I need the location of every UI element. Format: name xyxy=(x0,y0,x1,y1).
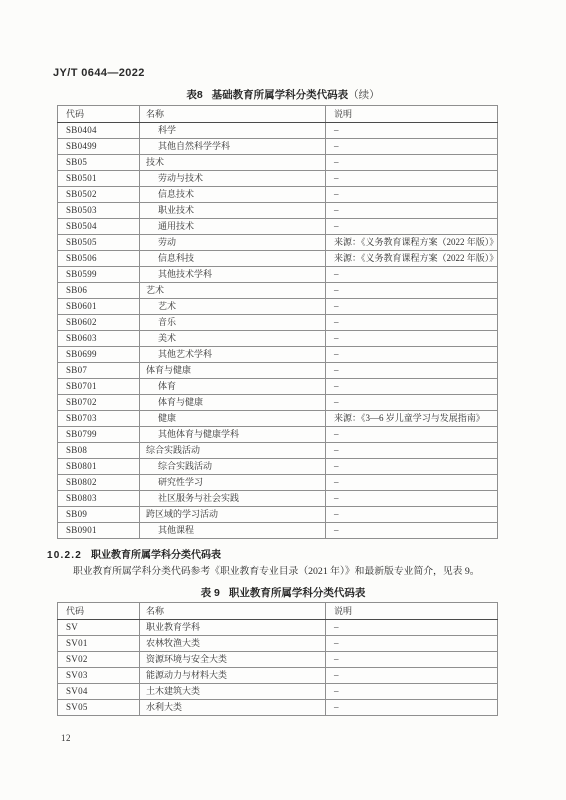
table-row: SB06艺术– xyxy=(58,283,498,299)
table-row: SB0404科学– xyxy=(58,123,498,139)
name-cell: 通用技术 xyxy=(140,219,326,235)
name-cell: 技术 xyxy=(140,155,326,171)
name-cell: 综合实践活动 xyxy=(140,443,326,459)
note-cell: – xyxy=(326,219,498,235)
name-cell: 其他技术学科 xyxy=(140,267,326,283)
code-cell: SB0799 xyxy=(58,427,140,443)
name-cell: 信息技术 xyxy=(140,187,326,203)
table8-col-header-name: 名称 xyxy=(140,106,326,123)
name-cell: 艺术 xyxy=(140,299,326,315)
note-cell: – xyxy=(326,395,498,411)
table-row: SB0505劳动来源：《义务教育课程方案（2022 年版）》 xyxy=(58,235,498,251)
table-row: SB0802研究性学习– xyxy=(58,475,498,491)
note-cell: – xyxy=(326,491,498,507)
name-cell: 艺术 xyxy=(140,283,326,299)
code-cell: SB0703 xyxy=(58,411,140,427)
name-cell: 职业技术 xyxy=(140,203,326,219)
note-cell: – xyxy=(326,267,498,283)
code-cell: SB0701 xyxy=(58,379,140,395)
name-cell: 其他自然科学学科 xyxy=(140,139,326,155)
table9-title-label: 表 9 xyxy=(201,587,220,599)
code-cell: SV02 xyxy=(58,652,140,668)
note-cell: – xyxy=(326,427,498,443)
note-cell: – xyxy=(326,123,498,139)
table8-header-row: 代码 名称 说明 xyxy=(58,106,498,123)
document-page: JY/T 0644—2022 表8基础教育所属学科分类代码表（续） 代码 名称 … xyxy=(0,0,566,800)
table-row: SB0506信息科技来源：《义务教育课程方案（2022 年版）》 xyxy=(58,251,498,267)
name-cell: 其他体育与健康学科 xyxy=(140,427,326,443)
table-row: SB0799其他体育与健康学科– xyxy=(58,427,498,443)
note-cell: – xyxy=(326,299,498,315)
name-cell: 音乐 xyxy=(140,315,326,331)
standard-doc-code: JY/T 0644—2022 xyxy=(53,67,145,79)
table-row: SV03能源动力与材料大类– xyxy=(58,668,498,684)
name-cell: 科学 xyxy=(140,123,326,139)
table-row: SB0504通用技术– xyxy=(58,219,498,235)
table9-title: 表 9职业教育所属学科分类代码表 xyxy=(0,585,566,600)
note-cell: – xyxy=(326,668,498,684)
table-row: SB0701体育– xyxy=(58,379,498,395)
table-row: SB0699其他艺术学科– xyxy=(58,347,498,363)
code-cell: SB0499 xyxy=(58,139,140,155)
note-cell: – xyxy=(326,700,498,716)
code-cell: SB05 xyxy=(58,155,140,171)
code-cell: SB0603 xyxy=(58,331,140,347)
table-row: SV05水利大类– xyxy=(58,700,498,716)
name-cell: 其他课程 xyxy=(140,523,326,539)
table-row: SB0599其他技术学科– xyxy=(58,267,498,283)
table-row: SB0703健康来源：《3—6 岁儿童学习与发展指南》 xyxy=(58,411,498,427)
note-cell: – xyxy=(326,684,498,700)
table-row: SB09跨区域的学习活动– xyxy=(58,507,498,523)
table8-body: SB0404科学–SB0499其他自然科学学科–SB05技术–SB0501劳动与… xyxy=(58,123,498,539)
code-cell: SB08 xyxy=(58,443,140,459)
name-cell: 体育 xyxy=(140,379,326,395)
name-cell: 体育与健康 xyxy=(140,363,326,379)
code-cell: SB0802 xyxy=(58,475,140,491)
note-cell: – xyxy=(326,203,498,219)
note-cell: 来源：《义务教育课程方案（2022 年版）》 xyxy=(326,251,498,267)
code-cell: SV01 xyxy=(58,636,140,652)
note-cell: – xyxy=(326,283,498,299)
table8-title-text: 基础教育所属学科分类代码表 xyxy=(212,89,349,101)
code-cell: SB0699 xyxy=(58,347,140,363)
table9-col-header-note: 说明 xyxy=(326,603,498,620)
table-row: SB0503职业技术– xyxy=(58,203,498,219)
table8-title-suffix: （续） xyxy=(348,89,380,101)
table-row: SB0499其他自然科学学科– xyxy=(58,139,498,155)
code-cell: SB0602 xyxy=(58,315,140,331)
code-cell: SB0601 xyxy=(58,299,140,315)
code-cell: SB07 xyxy=(58,363,140,379)
code-cell: SB0901 xyxy=(58,523,140,539)
table8-title-label: 表8 xyxy=(186,89,202,101)
note-cell: – xyxy=(326,187,498,203)
name-cell: 社区服务与社会实践 xyxy=(140,491,326,507)
table-row: SB0602音乐– xyxy=(58,315,498,331)
code-cell: SV04 xyxy=(58,684,140,700)
table-row: SB05技术– xyxy=(58,155,498,171)
code-cell: SB0502 xyxy=(58,187,140,203)
section-heading-10-2-2: 10.2.2职业教育所属学科分类代码表 xyxy=(47,546,221,561)
name-cell: 研究性学习 xyxy=(140,475,326,491)
note-cell: – xyxy=(326,620,498,636)
code-cell: SB0503 xyxy=(58,203,140,219)
note-cell: 来源：《义务教育课程方案（2022 年版）》 xyxy=(326,235,498,251)
name-cell: 跨区域的学习活动 xyxy=(140,507,326,523)
note-cell: – xyxy=(326,139,498,155)
name-cell: 土木建筑大类 xyxy=(140,684,326,700)
code-cell: SB0599 xyxy=(58,267,140,283)
code-cell: SB0801 xyxy=(58,459,140,475)
note-cell: – xyxy=(326,331,498,347)
body-paragraph: 职业教育所属学科分类代码参考《职业教育专业目录（2021 年）》和最新版专业简介… xyxy=(53,565,499,579)
code-cell: SB09 xyxy=(58,507,140,523)
code-cell: SB0506 xyxy=(58,251,140,267)
note-cell: – xyxy=(326,171,498,187)
name-cell: 信息科技 xyxy=(140,251,326,267)
table-row: SB0803社区服务与社会实践– xyxy=(58,491,498,507)
table9-body: SV职业教育学科–SV01农林牧渔大类–SV02资源环境与安全大类–SV03能源… xyxy=(58,620,498,716)
name-cell: 职业教育学科 xyxy=(140,620,326,636)
name-cell: 美术 xyxy=(140,331,326,347)
name-cell: 资源环境与安全大类 xyxy=(140,652,326,668)
code-cell: SV03 xyxy=(58,668,140,684)
note-cell: – xyxy=(326,315,498,331)
code-cell: SB0803 xyxy=(58,491,140,507)
code-cell: SV05 xyxy=(58,700,140,716)
table-row: SB0801综合实践活动– xyxy=(58,459,498,475)
name-cell: 能源动力与材料大类 xyxy=(140,668,326,684)
note-cell: – xyxy=(326,379,498,395)
table-row: SV02资源环境与安全大类– xyxy=(58,652,498,668)
table-row: SB0603美术– xyxy=(58,331,498,347)
table-row: SV04土木建筑大类– xyxy=(58,684,498,700)
table-row: SV职业教育学科– xyxy=(58,620,498,636)
code-cell: SB0505 xyxy=(58,235,140,251)
page-number: 12 xyxy=(61,733,71,743)
table-row: SB0502信息技术– xyxy=(58,187,498,203)
note-cell: 来源：《3—6 岁儿童学习与发展指南》 xyxy=(326,411,498,427)
table9-header-row: 代码 名称 说明 xyxy=(58,603,498,620)
table8-title: 表8基础教育所属学科分类代码表（续） xyxy=(0,87,566,102)
table-row: SV01农林牧渔大类– xyxy=(58,636,498,652)
code-cell: SV xyxy=(58,620,140,636)
code-cell: SB0504 xyxy=(58,219,140,235)
table9-title-text: 职业教育所属学科分类代码表 xyxy=(229,587,366,599)
table-row: SB0702体育与健康– xyxy=(58,395,498,411)
name-cell: 劳动与技术 xyxy=(140,171,326,187)
note-cell: – xyxy=(326,155,498,171)
table9-col-header-code: 代码 xyxy=(58,603,140,620)
note-cell: – xyxy=(326,475,498,491)
name-cell: 劳动 xyxy=(140,235,326,251)
table9-col-header-name: 名称 xyxy=(140,603,326,620)
note-cell: – xyxy=(326,507,498,523)
code-cell: SB0404 xyxy=(58,123,140,139)
section-title: 职业教育所属学科分类代码表 xyxy=(91,550,221,561)
name-cell: 综合实践活动 xyxy=(140,459,326,475)
note-cell: – xyxy=(326,443,498,459)
code-cell: SB0501 xyxy=(58,171,140,187)
table-row: SB0501劳动与技术– xyxy=(58,171,498,187)
note-cell: – xyxy=(326,347,498,363)
table-row: SB0901其他课程– xyxy=(58,523,498,539)
name-cell: 其他艺术学科 xyxy=(140,347,326,363)
name-cell: 农林牧渔大类 xyxy=(140,636,326,652)
table8-subject-codes: 代码 名称 说明 SB0404科学–SB0499其他自然科学学科–SB05技术–… xyxy=(57,105,498,539)
name-cell: 健康 xyxy=(140,411,326,427)
table-row: SB0601艺术– xyxy=(58,299,498,315)
name-cell: 体育与健康 xyxy=(140,395,326,411)
note-cell: – xyxy=(326,652,498,668)
table8-col-header-code: 代码 xyxy=(58,106,140,123)
note-cell: – xyxy=(326,363,498,379)
code-cell: SB0702 xyxy=(58,395,140,411)
note-cell: – xyxy=(326,523,498,539)
code-cell: SB06 xyxy=(58,283,140,299)
note-cell: – xyxy=(326,459,498,475)
table9-vocational-codes: 代码 名称 说明 SV职业教育学科–SV01农林牧渔大类–SV02资源环境与安全… xyxy=(57,602,498,716)
table-row: SB07体育与健康– xyxy=(58,363,498,379)
note-cell: – xyxy=(326,636,498,652)
name-cell: 水利大类 xyxy=(140,700,326,716)
section-number: 10.2.2 xyxy=(47,550,82,561)
table8-col-header-note: 说明 xyxy=(326,106,498,123)
table-row: SB08综合实践活动– xyxy=(58,443,498,459)
